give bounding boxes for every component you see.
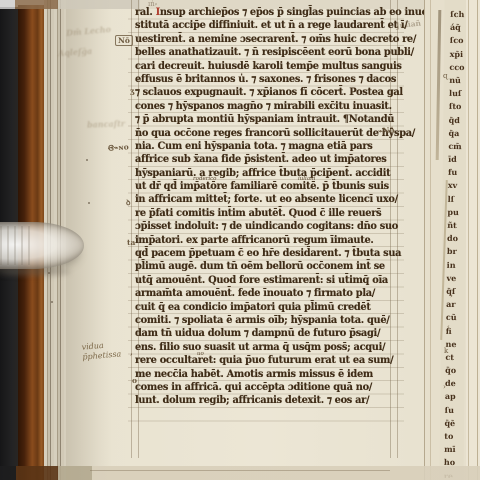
fore-edge-fragment: br [447, 245, 464, 258]
manuscript-line: belles anathatizauit. ⁊ n̄ resipiscēent … [135, 46, 397, 59]
manuscript-line: cuit q̄ ea condicio imp̄atori quia pl̄im… [135, 301, 397, 314]
fore-edge-fragment: de [445, 377, 462, 390]
manuscript-line: ɔp̄isset indoluit: ⁊ de uindicando cogit… [135, 220, 397, 233]
prick-mark [88, 202, 90, 204]
manuscript-line: stitutā accip̄e diffiniuit. et ut n̄ a r… [135, 19, 397, 32]
edge-mark: ɋ [443, 72, 447, 80]
manuscript-line: ut dr̄ qd̄ imp̄atōre familiarē comitē. p… [135, 180, 397, 193]
manuscript-line: me necc̄ia habēt. Amotis armis missus ē … [135, 368, 397, 381]
fore-edge-fragment: cco [449, 61, 466, 74]
nota-mark: o [132, 376, 137, 385]
page-edge-line [424, 0, 425, 480]
manuscript-line: comes in affricā. qui accēpta ɔditione q… [135, 381, 397, 394]
page-edge-line [430, 0, 431, 480]
fore-edge-fragment: ſch [450, 8, 467, 21]
fore-edge-fragment: cm̄ [448, 140, 465, 153]
interlinear-gloss: uo [197, 351, 204, 357]
page-edge-line [468, 0, 469, 480]
pointer-shadow [0, 268, 70, 276]
nota-mark: ta [127, 238, 135, 247]
fore-edge-fragment: ap [445, 390, 462, 403]
fore-edge-fragment: q̄ē [444, 417, 461, 430]
edge-mark: k [444, 347, 448, 355]
edge-mark: › [450, 292, 453, 300]
manuscript-photo: Dm̄ LechoAqleſḡabancaſtr ıṅ⸗ ral. Insup … [0, 0, 480, 480]
fore-edge-fragment: q̄a [448, 127, 465, 140]
nota-mark: ⌁Nō [378, 125, 395, 135]
manuscript-line: armam̄ta amouēnt̄. fede īnouato ⁊ firmat… [135, 287, 397, 300]
fore-edge-fragment: pu [447, 206, 464, 219]
nota-mark: ꝺ [126, 198, 131, 208]
fore-edge-fragment: xv [448, 179, 465, 192]
manuscript-line: hȳspaniarū. a regib; affrice t̄buta p̄ci… [135, 167, 397, 180]
manuscript-line: dam tn̄ uidua dolum ⁊ dampnū de futuro p… [135, 327, 397, 340]
fore-edge-fragment: mī [444, 443, 461, 456]
text-block: ral. Insup archiep̄os ⁊ ep̄os p̄ singl̄a… [135, 6, 397, 408]
fore-edge-fragment: ſu [445, 403, 462, 416]
nota-mark: Ʒ [130, 88, 135, 97]
interlinear-gloss: roderico [193, 176, 217, 182]
fore-edge-fragment: to [444, 430, 461, 443]
manuscript-line: n̄o qua occ̄one reges francorū sollicita… [135, 127, 397, 140]
bounding-line [131, 0, 132, 458]
manuscript-line: cari decreuit. huiusdē karoli temp̄e mul… [135, 60, 397, 73]
manuscript-line: effusus ē britannos u̍. ⁊ saxones. ⁊ fri… [135, 73, 397, 86]
manuscript-line: ⁊ p̄ abrupta montiū hȳspaniam intrauit. … [135, 113, 397, 126]
prick-mark [51, 301, 53, 303]
fore-edge-fragment: fu [448, 166, 465, 179]
fore-edge-fragment: q̄d [449, 113, 466, 126]
fore-edge-fragment: ar [446, 298, 463, 311]
manuscript-line: uestirent̄. a nemine ɔsecrarent̄. ⁊ om̄s… [135, 33, 397, 46]
marginal-note-vidua: vidua p̄phetissa [81, 339, 121, 362]
manuscript-line: re p̄fati comitis int̄im abutēt̄. Quod c… [135, 207, 397, 220]
fore-edge-fragment: in [447, 258, 464, 271]
fore-edge-fragment: luſ [449, 87, 466, 100]
fore-edge-fragment: ve [446, 272, 463, 285]
manuscript-line: pl̄imū augē. dum tn̄ oēm bellorū occ̄one… [135, 260, 397, 273]
manuscript-line: ⁊ sclauos expugnauit. ⁊ xp̄ianos fī cōce… [135, 86, 397, 99]
fore-edge-fragment: q̄o [445, 364, 462, 377]
bottom-page-edges [0, 466, 480, 480]
manuscript-line: nia. Cum eni hȳspania tota. ⁊ magna etiā… [135, 140, 397, 153]
fore-edge-fragment: ſco [450, 34, 467, 47]
page-edge-line [477, 0, 478, 480]
manuscript-line: ral. Insup archiep̄os ⁊ ep̄os p̄ singl̄a… [135, 6, 397, 19]
fore-edge-fragment: ſto [449, 100, 466, 113]
nota-mark: Ꞡ⌁ɴo [108, 142, 129, 152]
fore-edge-fragment: q̄ſ [446, 285, 463, 298]
manuscript-line: lunt. dolum regib; affricanis detexit. ⁊… [135, 394, 397, 407]
fore-edge-fragment: nū [449, 74, 466, 87]
manuscript-line: cones ⁊ hȳspanos magn̄o ⁊ mirabili exc̄i… [135, 100, 397, 113]
manuscript-line: qd̄ pacem p̄petuam c̄ eo hr̄e desid̄aren… [135, 247, 397, 260]
interlinear-gloss: iuliani [298, 176, 315, 182]
manuscript-line: rere occultaret: quia p̄uo futurum erat … [135, 354, 397, 367]
fore-edge-fragment: ñt [447, 219, 464, 232]
fore-edge-fragment: xp̄i [450, 47, 467, 60]
nota-mark: ’ [130, 352, 133, 361]
fore-edge-fragment: do [447, 232, 464, 245]
fore-edge-fragment: lſ [448, 193, 465, 206]
edge-mark: › [443, 383, 446, 391]
fore-edge-fragment: áq̄ [450, 21, 467, 34]
nota-mark: Nō [115, 35, 133, 46]
manuscript-line: in affricam mittet̄; forte. ut eo absent… [135, 193, 397, 206]
manuscript-line: ens. filio suo suasit ut arma q̄ usq̄m p… [135, 341, 397, 354]
show-through-fragment: bancaſtr [87, 118, 125, 129]
manuscript-line: imp̄atori. ex parte affricanorū regum īi… [135, 234, 397, 247]
prick-mark [86, 159, 88, 161]
manuscript-line: utq̄ amouēnt. Quod fore estimarent̄: si … [135, 274, 397, 287]
fore-edge-fragment: īd [448, 153, 465, 166]
pointer-refraction [0, 226, 32, 265]
manuscript-line: affrice sub x̄ana fide p̄sistent̄. adeo … [135, 153, 397, 166]
edge-mark: ‹ [447, 323, 450, 331]
page-bottom-edge [90, 470, 390, 471]
manuscript-line: comiti. ⁊ spoliata ē armis oīb; hȳspania… [135, 314, 397, 327]
